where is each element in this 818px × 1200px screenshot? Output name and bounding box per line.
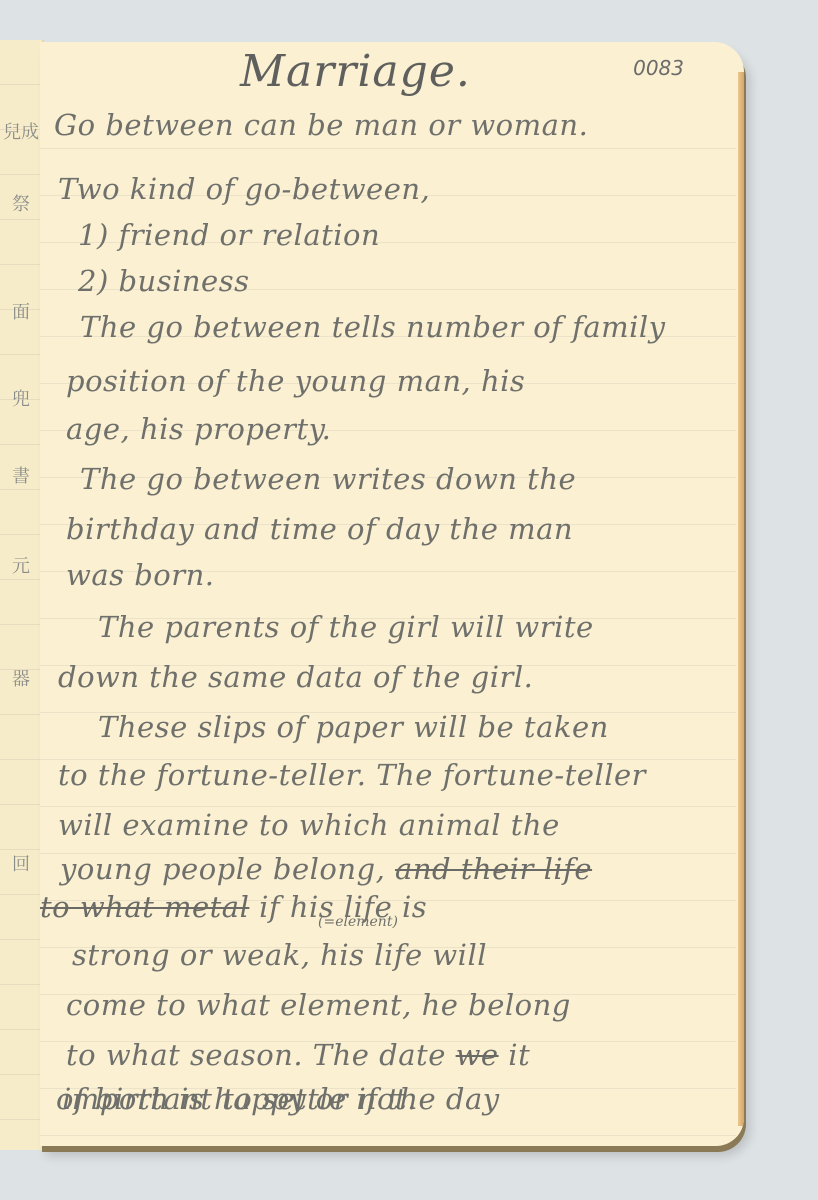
text-line: 1) friend or relation <box>78 218 380 252</box>
text-segment: young people belong, <box>60 852 385 886</box>
text-line: birthday and time of day the man <box>66 512 573 546</box>
page-number: 0083 <box>633 56 684 80</box>
text-line: down the same data of the girl. <box>58 660 533 694</box>
text-line: come to what element, he belong <box>66 988 571 1022</box>
text-line: The parents of the girl will write <box>98 610 594 644</box>
left-margin-glyph: 回 <box>2 850 40 876</box>
left-margin-glyph: 元 <box>2 552 40 578</box>
left-margin-glyph: 面 <box>2 298 40 324</box>
text-line: strong or weak, his life will <box>72 938 487 972</box>
struck-text: we <box>456 1038 499 1072</box>
text-line: to what season. The date we it <box>66 1038 530 1072</box>
text-line: These slips of paper will be taken <box>98 710 609 744</box>
left-margin-glyph: 器 <box>2 665 40 691</box>
text-line: age, his property. <box>66 412 331 446</box>
text-line: was born. <box>66 558 215 592</box>
text-segment: it <box>508 1038 530 1072</box>
struck-text: to what metal <box>40 890 249 924</box>
text-line: of birth is happy or not. <box>56 1082 417 1116</box>
left-margin-glyph: 祭 <box>2 190 40 216</box>
notebook-page: 0083 Marriage. Go between can be man or … <box>40 42 744 1146</box>
text-line: Go between can be man or woman. <box>54 108 588 142</box>
text-line: Two kind of go-between, <box>58 172 430 206</box>
left-margin-glyph: 兒成 <box>2 118 40 144</box>
struck-text: and their life <box>395 852 592 886</box>
page-title: Marriage. <box>240 46 471 97</box>
text-line: 2) business <box>78 264 250 298</box>
left-page-edge: 兒成 祭 面 兜 書 元 器 回 <box>0 40 44 1150</box>
text-line: The go between writes down the <box>80 462 576 496</box>
interlinear-annotation: (=element) <box>318 914 398 930</box>
text-line: young people belong, and their life <box>60 852 592 886</box>
text-line: will examine to which animal the <box>58 808 560 842</box>
text-line: to the fortune-teller. The fortune-telle… <box>58 758 646 792</box>
text-segment: to what season. The date <box>66 1038 446 1072</box>
text-line: The go between tells number of family <box>80 310 666 344</box>
text-line: position of the young man, his <box>66 364 525 398</box>
left-margin-glyph: 兜 <box>2 385 40 411</box>
left-margin-glyph: 書 <box>2 462 40 488</box>
